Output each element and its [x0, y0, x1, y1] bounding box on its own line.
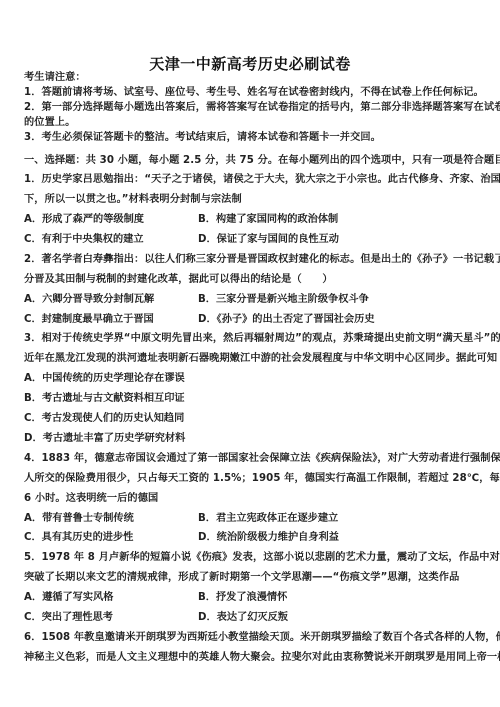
question-2-text: 2．著名学者白寿彝指出：以往人们称三家分晋是晋国政权封建化的标志。但是出土的《孙… — [24, 253, 476, 266]
notice-item: 3．考生必须保证答题卡的整洁。考试结束后，请将本试卷和答题卡一并交回。 — [24, 131, 476, 144]
question-3-option-b: B．考古遗址与古文献资料相互印证 — [24, 392, 185, 405]
question-1-text: 1．历史学家吕思勉指出：“天子之于诸侯，诸侯之于大夫，犹大宗之于小宗也。此古代修… — [24, 173, 476, 186]
question-1-option-d: D．保证了家与国间的良性互动 — [198, 233, 339, 246]
question-5-text: 突破了长期以来文艺的清规戒律，形成了新时期第一个文学思潮——“伤痕文学”思潮，这… — [24, 571, 476, 584]
question-1-option-a: A．形成了森严的等级制度 — [24, 213, 144, 226]
question-4-option-a: A．带有普鲁士专制传统 — [24, 512, 134, 525]
exam-page: 天津一中新高考历史必刷试卷 考生请注意： 1．答题前请将考场、试室号、座位号、考… — [0, 0, 500, 707]
question-5-option-d: D．表达了幻灭反叛 — [198, 611, 288, 624]
notice-item: 1．答题前请将考场、试室号、座位号、考生号、姓名写在试卷密封线内，不得在试卷上作… — [24, 86, 476, 99]
notice-heading: 考生请注意： — [24, 71, 476, 84]
question-5-option-b: B．抒发了浪漫情怀 — [198, 591, 287, 604]
question-6-text: 神秘主义色彩，而是人文主义理想中的英雄人物大聚会。拉斐尔对此由衷称赞说米开朗琪罗… — [24, 651, 476, 664]
question-2-text: 分晋及其田制与税制的封建化改革，据此可以得出的结论是（ ） — [24, 273, 476, 286]
question-3-text: 近年在黑龙江发现的洪河遗址表明新石器晚期嫩江中游的社会发展程度与中华文明中心区同… — [24, 352, 476, 365]
question-6-text: 6．1508 年教皇邀请米开朗琪罗为西斯廷小教堂描绘天顶。米开朗琪罗描绘了数百个… — [24, 631, 476, 644]
notice-item: 2．第一部分选择题每小题选出答案后，需将答案写在试卷指定的括号内，第二部分非选择… — [24, 101, 476, 114]
question-5-text: 5．1978 年 8 月卢新华的短篇小说《伤痕》发表，这部小说以悲剧的艺术力量，… — [24, 551, 476, 564]
question-3-option-d: D．考古遗址丰富了历史学研究材料 — [24, 432, 185, 445]
question-4-option-c: C．具有其历史的进步性 — [24, 531, 133, 544]
question-3-text: 3．相对于传统史学界“中原文明先冒出来，然后再辐射周边”的观点，苏秉琦提出史前文… — [24, 332, 476, 345]
question-4-option-b: B．君主立宪政体正在逐步建立 — [198, 512, 338, 525]
question-1-option-c: C．有利于中央集权的建立 — [24, 233, 144, 246]
question-2-option-d: D．《孙子》的出土否定了晋国社会历史 — [198, 313, 375, 326]
question-5-option-a: A．遵循了写实风格 — [24, 591, 113, 604]
question-4-text: 人所交的保险费用很少，只占每天工资的 1.5%；1905 年，德国实行高温工作限… — [24, 472, 476, 485]
question-1-option-b: B．构建了家国同构的政治体制 — [198, 213, 338, 226]
question-4-text: 4．1883 年，德意志帝国议会通过了第一部国家社会保障立法《疾病保险法》，对广… — [24, 452, 476, 465]
question-5-option-c: C．突出了理性思考 — [24, 611, 113, 624]
question-2-option-b: B．三家分晋是新兴地主阶级争权斗争 — [198, 293, 369, 306]
notice-item: 的位置上。 — [24, 116, 476, 129]
section-header: 一、选择题：共 30 小题，每小题 2.5 分，共 75 分。在每小题列出的四个… — [24, 154, 476, 167]
question-1-text: 下，所以一以贯之也。”材料表明分封制与宗法制 — [24, 193, 476, 206]
question-3-option-c: C．考古发现使人们的历史认知趋同 — [24, 412, 184, 425]
question-4-option-d: D．统治阶级极力维护自身利益 — [198, 531, 339, 544]
question-2-option-a: A．六卿分晋导致分封制瓦解 — [24, 293, 154, 306]
question-2-option-c: C．封建制度最早确立于晋国 — [24, 313, 154, 326]
question-3-option-a: A．中国传统的历史学理论存在谬误 — [24, 372, 185, 385]
question-4-text: 6 小时。这表明统一后的德国 — [24, 492, 476, 505]
